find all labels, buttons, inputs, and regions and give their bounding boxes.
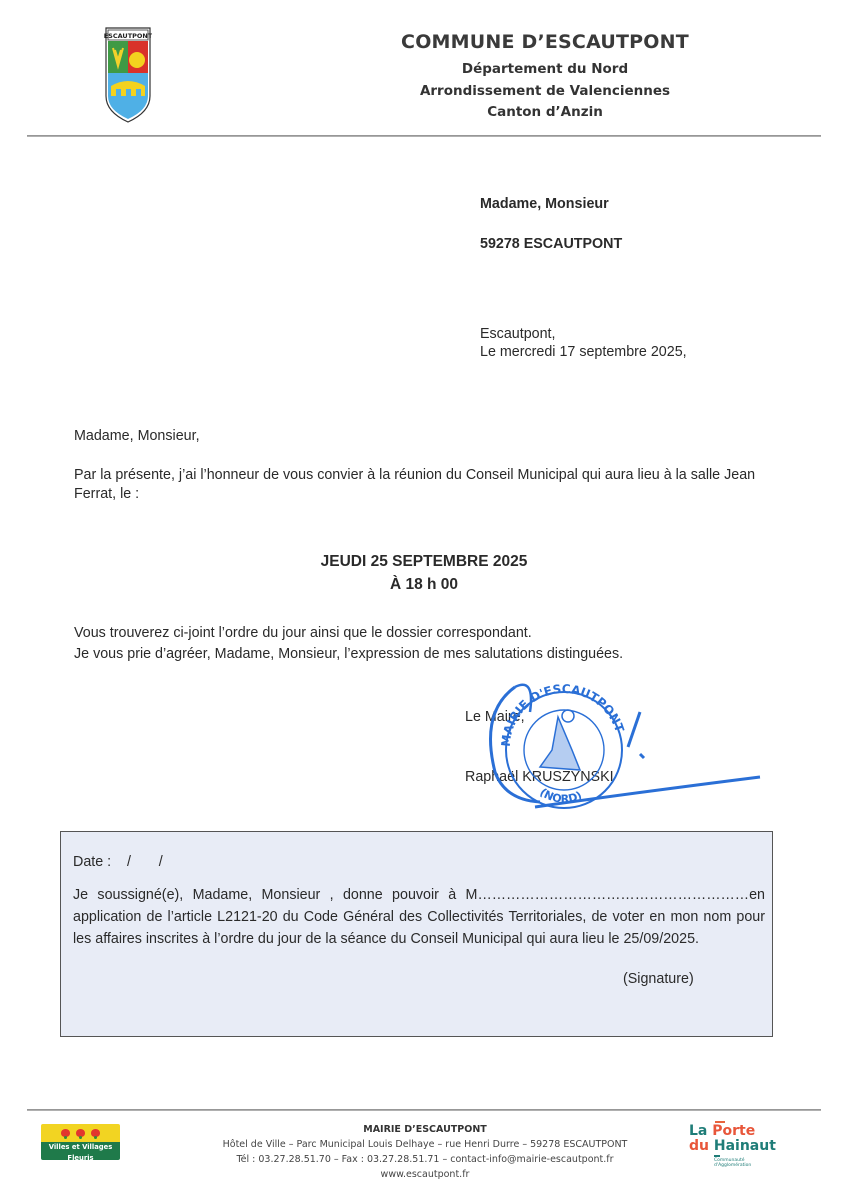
flower-icon bbox=[91, 1129, 100, 1137]
escautpont-crest-logo: ESCAUTPONT bbox=[104, 26, 152, 124]
crest-label: ESCAUTPONT bbox=[104, 32, 152, 40]
logo-word-la: La bbox=[689, 1123, 712, 1139]
official-stamp-and-signature: MAIRIE D'ESCAUTPONT (NORD) bbox=[440, 672, 770, 822]
meeting-date: JEUDI 25 SEPTEMBRE 2025 bbox=[74, 553, 774, 571]
svg-text:(NORD): (NORD) bbox=[537, 786, 584, 806]
mayor-name: Raphaël KRUSZYNSKI bbox=[465, 768, 614, 787]
logo-word-hainaut: Hainaut bbox=[714, 1138, 776, 1154]
logo-sub-bar bbox=[714, 1155, 720, 1157]
proxy-statement[interactable]: Je soussigné(e), Madame, Monsieur , donn… bbox=[73, 884, 765, 950]
flower-icon bbox=[61, 1129, 70, 1137]
logo-word-porte: Porte bbox=[712, 1123, 755, 1139]
villes-villages-fleuris-logo: Villes et Villages Fleuris LE LABEL NATI… bbox=[41, 1124, 120, 1160]
stamp-text-bottom: (NORD) bbox=[537, 786, 584, 806]
dateline-date: Le mercredi 17 septembre 2025, bbox=[480, 343, 687, 362]
footer-title: MAIRIE D’ESCAUTPONT bbox=[220, 1124, 630, 1135]
la-porte-du-hainaut-logo: La Porte du Hainaut Communautéd'Agglomér… bbox=[685, 1120, 795, 1175]
attachments-paragraph: Vous trouverez ci-joint l’ordre du jour … bbox=[74, 624, 774, 643]
meeting-time: À 18 h 00 bbox=[74, 576, 774, 594]
salutation: Madame, Monsieur, bbox=[74, 427, 200, 446]
canton-line: Canton d’Anzin bbox=[380, 104, 710, 120]
proxy-signature-label[interactable]: (Signature) bbox=[623, 970, 694, 989]
proxy-date-field[interactable]: Date : / / bbox=[73, 853, 163, 872]
arrondissement-line: Arrondissement de Valenciennes bbox=[380, 83, 710, 99]
recipient-name: Madame, Monsieur bbox=[480, 195, 609, 214]
logo-sub-line2: d'Agglomération bbox=[714, 1163, 751, 1168]
recipient-city: 59278 ESCAUTPONT bbox=[480, 235, 622, 254]
closing-paragraph: Je vous prie d’agréer, Madame, Monsieur,… bbox=[74, 645, 774, 664]
header-divider bbox=[27, 135, 821, 137]
commune-title: COMMUNE D’ESCAUTPONT bbox=[380, 31, 710, 53]
flower-icon bbox=[76, 1129, 85, 1137]
mayor-title: Le Maire, bbox=[465, 708, 525, 727]
vvf-logo-name: Villes et Villages Fleuris bbox=[41, 1142, 120, 1160]
logo-word-du: du bbox=[689, 1138, 714, 1154]
footer-website-link[interactable]: www.escautpont.fr bbox=[170, 1169, 680, 1180]
footer-contact[interactable]: Tél : 03.27.28.51.70 – Fax : 03.27.28.51… bbox=[170, 1154, 680, 1165]
footer-address: Hôtel de Ville – Parc Municipal Louis De… bbox=[170, 1139, 680, 1150]
department-line: Département du Nord bbox=[380, 61, 710, 77]
footer-divider bbox=[27, 1109, 821, 1111]
dateline-place: Escautpont, bbox=[480, 325, 556, 344]
invitation-paragraph: Par la présente, j’ai l’honneur de vous … bbox=[74, 466, 794, 504]
